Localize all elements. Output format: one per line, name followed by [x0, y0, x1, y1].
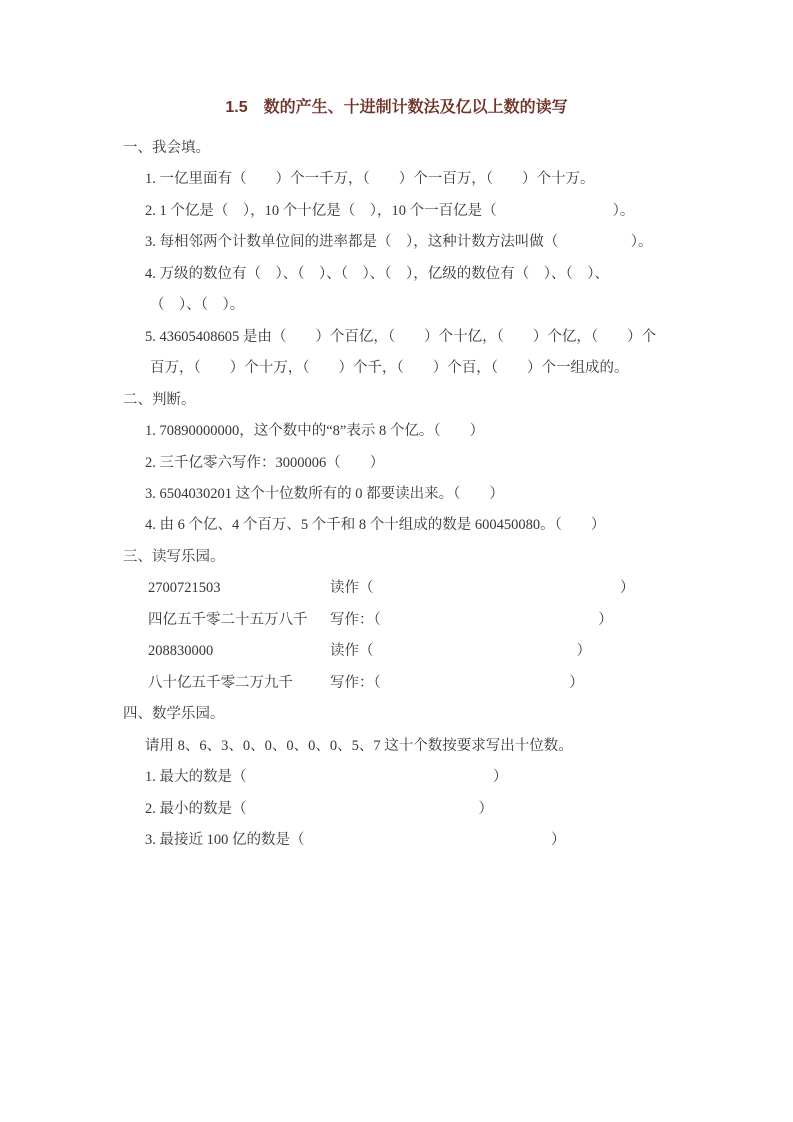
fill-item-5-continuation: 百万，（ ）个十万，（ ）个千，（ ）个百，（ ）个一组成的。	[123, 353, 753, 384]
worksheet-title: 1.5 数的产生、十进制计数法及亿以上数的读写	[0, 0, 793, 119]
row-1-number: 2700721503	[148, 573, 330, 604]
section-2-heading: 二、判断。	[123, 385, 753, 416]
section-1-heading: 一、我会填。	[123, 133, 753, 164]
fill-item-5: 5. 43605408605 是由（ ）个百亿，（ ）个十亿，（ ）个亿，（ ）…	[123, 322, 753, 353]
fill-item-4-continuation: （ ）、（ ）。	[123, 290, 753, 321]
row-4-task: 写作：（ ）	[330, 668, 584, 699]
judge-item-2: 2. 三千亿零六写作：3000006（ ）	[123, 448, 753, 479]
row-4-number: 八十亿五千零二万九千	[148, 668, 330, 699]
worksheet-page: 1.5 数的产生、十进制计数法及亿以上数的读写 一、我会填。 1. 一亿里面有（…	[0, 0, 793, 1122]
fill-item-3: 3. 每相邻两个计数单位间的进率都是（ ），这种计数方法叫做（ ）。	[123, 227, 753, 258]
row-2-task: 写作：（ ）	[330, 605, 613, 636]
row-3-task: 读作（ ）	[330, 636, 591, 667]
fill-item-1: 1. 一亿里面有（ ）个一千万，（ ）个一百万，（ ）个十万。	[123, 164, 753, 195]
judge-item-3: 3. 6504030201 这个十位数所有的 0 都要读出来。（ ）	[123, 479, 753, 510]
section-3-heading: 三、读写乐园。	[123, 542, 753, 573]
read-write-row-3: 208830000读作（ ）	[123, 636, 753, 667]
fill-item-2: 2. 1 个亿是（ ），10 个十亿是（ ），10 个一百亿是（ ）。	[123, 196, 753, 227]
math-item-1: 1. 最大的数是（ ）	[123, 762, 753, 793]
math-item-2: 2. 最小的数是（ ）	[123, 794, 753, 825]
read-write-row-1: 2700721503读作（ ）	[123, 573, 753, 604]
judge-item-1: 1. 70890000000，这个数中的“8”表示 8 个亿。（ ）	[123, 416, 753, 447]
section-4-heading: 四、数学乐园。	[123, 699, 753, 730]
read-write-row-4: 八十亿五千零二万九千写作：（ ）	[123, 668, 753, 699]
worksheet-content: 一、我会填。 1. 一亿里面有（ ）个一千万，（ ）个一百万，（ ）个十万。 2…	[0, 133, 793, 856]
row-1-task: 读作（ ）	[330, 573, 635, 604]
row-3-number: 208830000	[148, 636, 330, 667]
math-item-3: 3. 最接近 100 亿的数是（ ）	[123, 825, 753, 856]
judge-item-4: 4. 由 6 个亿、4 个百万、5 个千和 8 个十组成的数是 60045008…	[123, 510, 753, 541]
fill-item-4: 4. 万级的数位有（ ）、（ ）、（ ）、（ ），亿级的数位有（ ）、（ ）、	[123, 259, 753, 290]
read-write-row-2: 四亿五千零二十五万八千写作：（ ）	[123, 605, 753, 636]
row-2-number: 四亿五千零二十五万八千	[148, 605, 330, 636]
math-garden-intro: 请用 8、6、3、0、0、0、0、0、5、7 这十个数按要求写出十位数。	[123, 731, 753, 762]
